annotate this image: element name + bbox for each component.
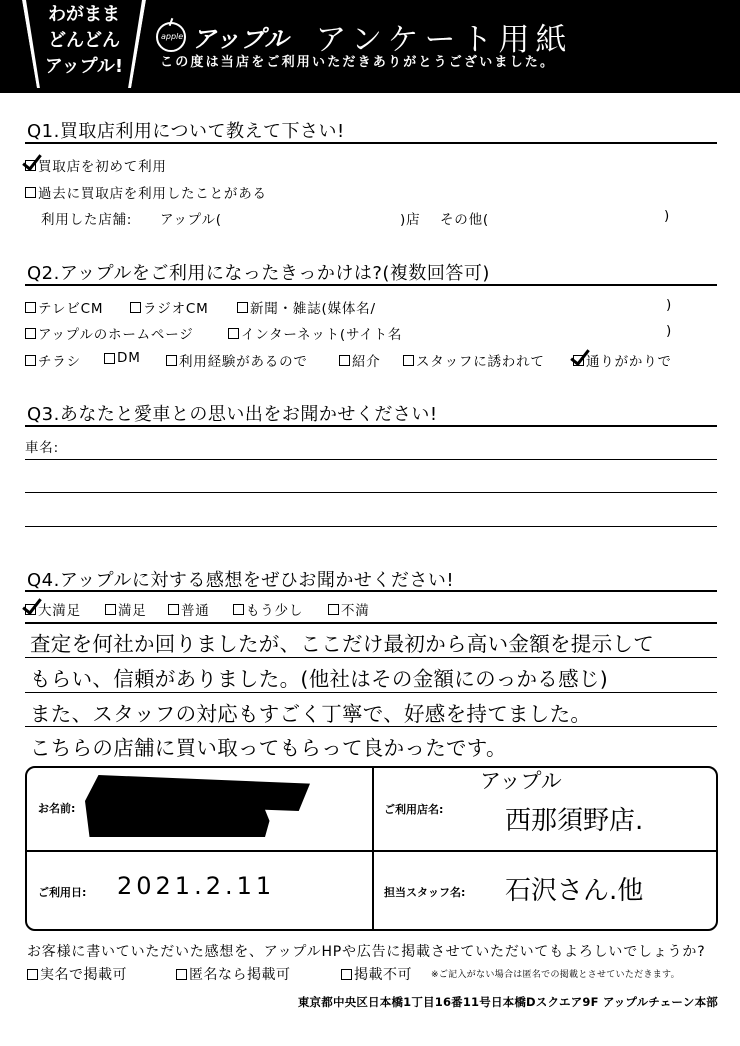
q4-rating-a-bit-more[interactable]: もう少し [233,599,303,619]
q1-store-other[interactable]: その他( [440,208,489,228]
store-name-label: ご利用店名: [384,801,443,817]
paren-close: ) [664,208,670,224]
option-label: 通りがかりで [586,350,672,370]
q2-option-passing-by[interactable]: 通りがかりで [573,350,672,370]
option-label: 不満 [341,599,370,619]
q2-option-tv-cm[interactable]: テレビCM [25,297,103,317]
paren-close: ) [666,297,672,313]
option-label: 普通 [181,599,210,619]
q4-rating-normal[interactable]: 普通 [168,599,210,619]
option-label: 匿名なら掲載可 [189,964,291,984]
footer-address: 東京都中央区日本橋1丁目16番11号日本橋Dスクエア9F アップルチェーン本部 [298,994,718,1010]
publish-question: お客様に書いていただいた感想を、アップルHPや広告に掲載させていただいてもよろし… [27,941,705,961]
q3-title: Q3.あなたと愛車との思い出をお聞かせください! [27,400,438,426]
comment-line: こちらの店舗に買い取ってもらって良かったです。 [30,731,507,761]
q4-title: Q4.アップルに対する感想をぜひお聞かせください! [27,566,454,592]
publish-option-not-allowed[interactable]: 掲載不可 [341,964,412,984]
q1-option-first-time[interactable]: 買取店を初めて利用 [25,155,167,175]
checkbox-icon[interactable] [104,353,115,364]
q2-option-homepage[interactable]: アップルのホームページ [25,323,194,343]
option-label: 大満足 [38,599,81,619]
q2-option-radio-cm[interactable]: ラジオCM [130,297,209,317]
checkbox-icon[interactable] [166,355,177,366]
q2-option-staff-invite[interactable]: スタッフに誘われて [403,350,545,370]
memory-input-line[interactable] [25,492,717,493]
option-label: アップルのホームページ [38,323,194,343]
option-label: もう少し [246,599,303,619]
staff-label: 担当スタッフ名: [384,884,465,900]
checkbox-icon[interactable] [176,969,187,980]
slogan-line: わがまま [22,2,146,28]
comment-rule [25,657,717,658]
divider [25,425,717,427]
publish-option-anonymous[interactable]: 匿名なら掲載可 [176,964,291,984]
q1-store-apple-suffix: )店 [400,208,420,228]
checkbox-icon[interactable] [228,328,239,339]
option-label: チラシ [38,350,81,370]
store-other-prefix: その他( [440,208,489,228]
checkbox-icon[interactable] [27,969,38,980]
q4-rating-very-satisfied[interactable]: 大満足 [25,599,81,619]
option-label: DM [117,350,141,366]
checkbox-icon[interactable] [25,355,36,366]
q2-option-dm[interactable]: DM [104,350,141,366]
q2-title: Q2.アップルをご利用になったきっかけは?(複数回答可) [27,259,490,285]
q2-option-internet[interactable]: インターネット(サイト名 [228,323,402,343]
q2-option-experience[interactable]: 利用経験があるので [166,350,308,370]
option-label: 過去に買取店を利用したことがある [38,182,267,202]
slogan-banner: わがまま どんどん アップル! [22,0,146,88]
q2-option-flyer[interactable]: チラシ [25,350,81,370]
publish-option-real-name[interactable]: 実名で掲載可 [27,964,127,984]
store-name-value-line2: 西那須野店. [505,800,643,837]
paren-close: ) [666,323,672,339]
car-name-input-line[interactable] [25,459,717,460]
checkbox-icon[interactable] [168,604,179,615]
checkbox-icon[interactable] [341,969,352,980]
checkbox-checked-icon[interactable] [25,604,36,615]
option-label: スタッフに誘われて [416,350,545,370]
header: わがまま どんどん アップル! apple アップル アンケート用紙 この度は当… [0,0,740,93]
checkbox-icon[interactable] [328,604,339,615]
option-label: 実名で掲載可 [40,964,127,984]
store-apple-prefix: アップル( [160,208,222,228]
q1-option-used-before[interactable]: 過去に買取店を利用したことがある [25,182,267,202]
checkbox-icon[interactable] [25,328,36,339]
option-label: 利用経験があるので [179,350,308,370]
checkbox-icon[interactable] [25,302,36,313]
brand-name: アップル [192,19,289,54]
q1-store-apple[interactable]: アップル( [160,208,222,228]
checkbox-icon[interactable] [339,355,350,366]
option-label: 新聞・雑誌(媒体名/ [250,297,376,317]
option-label: 買取店を初めて利用 [38,155,167,175]
option-label: 紹介 [352,350,381,370]
checkbox-icon[interactable] [25,187,36,198]
divider [25,284,717,286]
staff-value: 石沢さん.他 [505,870,643,907]
slogan-line: どんどん [22,28,146,54]
q1-store-label: 利用した店舗: [41,208,132,228]
car-name-label: 車名: [25,436,59,456]
comment-line: 査定を何社か回りましたが、ここだけ最初から高い金額を提示して [30,627,654,657]
q1-store-other-close: ) [664,208,670,224]
option-label: 掲載不可 [354,964,412,984]
q4-rating-satisfied[interactable]: 満足 [105,599,147,619]
divider [25,142,717,144]
date-label: ご利用日: [38,884,86,900]
divider [25,590,717,592]
q2-option-referral[interactable]: 紹介 [339,350,381,370]
q2-option-newspaper[interactable]: 新聞・雑誌(媒体名/ [237,297,376,317]
slogan-line: アップル! [22,54,146,80]
comment-line: もらい、信頼がありました。(他社はその金額にのっかる感じ) [30,662,608,692]
memory-input-line[interactable] [25,526,717,527]
name-label: お名前: [38,800,75,816]
comment-rule [25,692,717,693]
option-label: ラジオCM [143,297,209,317]
store-name-value-line1: アップル [480,765,562,795]
checkbox-icon[interactable] [130,302,141,313]
store-label: 利用した店舗: [41,208,132,228]
apple-logo-icon: apple [156,22,186,52]
checkbox-icon[interactable] [233,604,244,615]
checkbox-icon[interactable] [237,302,248,313]
option-label: テレビCM [38,297,103,317]
thanks-message: この度は当店をご利用いただきありがとうございました。 [160,51,555,70]
checkbox-icon[interactable] [105,604,116,615]
comment-rule [25,726,717,727]
q1-title: Q1.買取店利用について教えて下さい! [27,117,345,143]
divider [25,622,717,624]
publish-note: ※ご記入がない場合は匿名での掲載とさせていただきます。 [431,967,680,980]
date-value: 2021.2.11 [117,872,275,900]
q4-rating-dissatisfied[interactable]: 不満 [328,599,370,619]
checkbox-checked-icon[interactable] [573,355,584,366]
checkbox-checked-icon[interactable] [25,160,36,171]
comment-line: また、スタッフの対応もすごく丁寧で、好感を持てました。 [30,697,591,727]
option-label: 満足 [118,599,147,619]
store-apple-suffix: )店 [400,208,420,228]
option-label: インターネット(サイト名 [241,323,402,343]
checkbox-icon[interactable] [403,355,414,366]
